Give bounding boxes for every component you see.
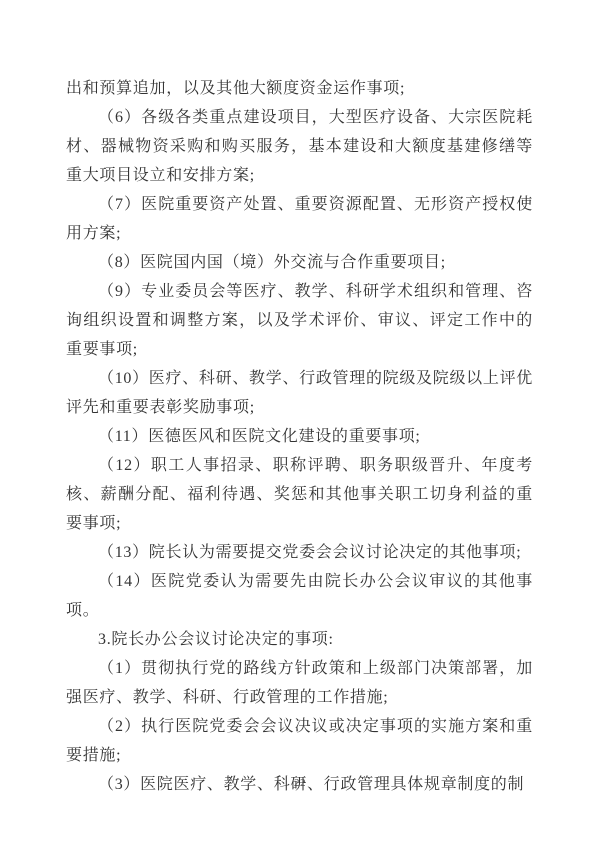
paragraph: （13）院长认为需要提交党委会会议讨论决定的其他事项; xyxy=(66,538,533,567)
paragraph: （6）各级各类重点建设项目，大型医疗设备、大宗医院耗材、器械物资采购和购买服务，… xyxy=(66,103,533,190)
document-page: 出和预算追加，以及其他大额度资金运作事项;（6）各级各类重点建设项目，大型医疗设… xyxy=(0,0,600,849)
paragraph: （7）医院重要资产处置、重要资源配置、无形资产授权使用方案; xyxy=(66,190,533,248)
paragraph: （8）医院国内国（境）外交流与合作重要项目; xyxy=(66,248,533,277)
page-number: 22 xyxy=(0,777,600,789)
paragraph: （14）医院党委认为需要先由院长办公会议审议的其他事项。 xyxy=(66,567,533,625)
paragraph: （2）执行医院党委会会议决议或决定事项的实施方案和重要措施; xyxy=(66,712,533,770)
paragraph: （1）贯彻执行党的路线方针政策和上级部门决策部署，加强医疗、教学、科研、行政管理… xyxy=(66,654,533,712)
paragraph: 3.院长办公会议讨论决定的事项: xyxy=(66,625,533,654)
document-body: 出和预算追加，以及其他大额度资金运作事项;（6）各级各类重点建设项目，大型医疗设… xyxy=(66,74,533,799)
paragraph: （12）职工人事招录、职称评聘、职务职级晋升、年度考核、薪酬分配、福利待遇、奖惩… xyxy=(66,451,533,538)
paragraph: （11）医德医风和医院文化建设的重要事项; xyxy=(66,422,533,451)
paragraph: （9）专业委员会等医疗、教学、科研学术组织和管理、咨询组织设置和调整方案，以及学… xyxy=(66,277,533,364)
paragraph: （10）医疗、科研、教学、行政管理的院级及院级以上评优评先和重要表彰奖励事项; xyxy=(66,364,533,422)
paragraph: 出和预算追加，以及其他大额度资金运作事项; xyxy=(66,74,533,103)
